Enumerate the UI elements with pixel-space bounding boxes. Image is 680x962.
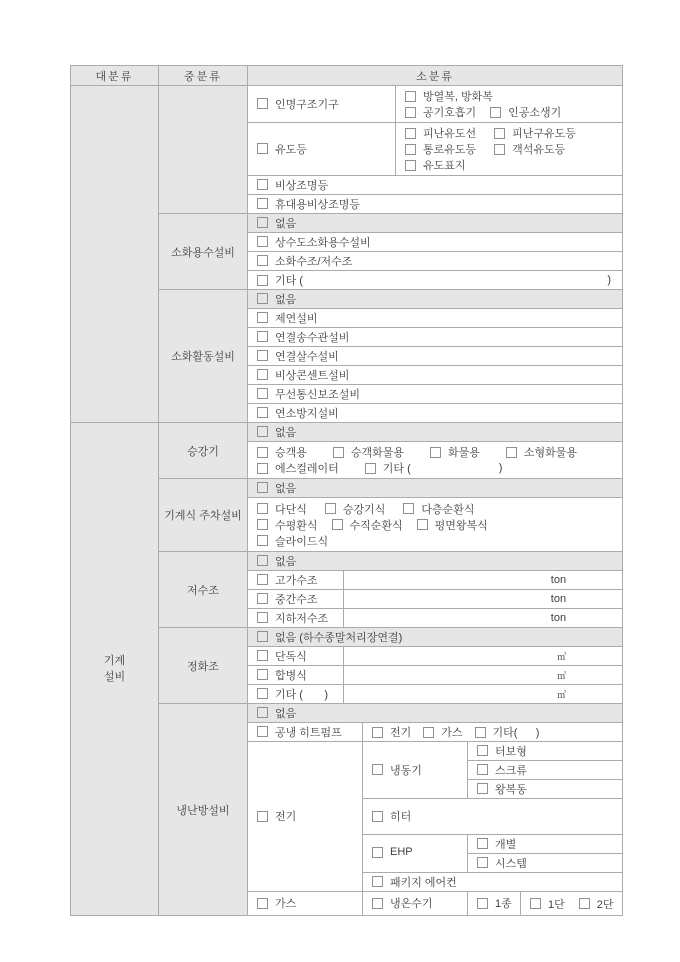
form-page: 대분류 중분류 소분류 인명구조기구 방열복, 방화복 공기호흡기 인공소생기 … [0,0,680,962]
option-label: 왕복동 [495,781,527,797]
capacity-field-ton[interactable]: ton [344,571,623,590]
option-none[interactable]: 없음 [257,553,296,569]
cell-sprinkler-connection: 연결살수설비 [248,347,623,366]
cell-fire-reservoir: 소화수조/저수조 [248,252,623,271]
checkbox-icon[interactable] [257,369,268,380]
option-seat-guide-light[interactable]: 객석유도등 [494,141,565,157]
header-middle-category: 중분류 [159,66,248,86]
checkbox-icon[interactable] [430,447,441,458]
cell-stage-options: 1단 2단 [521,892,623,916]
option-label: 전기 [390,724,411,740]
option-label: 2단 [597,896,614,912]
checkbox-icon[interactable] [405,144,416,155]
option-label: 가스 [275,895,296,911]
header-major-category: 대분류 [71,66,159,86]
option-portable-emergency-light[interactable]: 휴대용비상조명등 [257,196,360,212]
facility-classification-table: 대분류 중분류 소분류 인명구조기구 방열복, 방화복 공기호흡기 인공소생기 … [70,65,623,916]
option-line: 공기호흡기 인공소생기 [405,104,622,120]
option-screw-type[interactable]: 스크류 [477,762,527,778]
option-emergency-outlet[interactable]: 비상콘센트설비 [257,367,349,383]
cell-rescue-equipment: 인명구조기구 [248,86,396,123]
cell-gas: 가스 [248,892,363,916]
checkbox-icon[interactable] [423,727,434,738]
option-label: 스크류 [495,762,527,778]
option-label: 공냉 히트펌프 [275,724,342,740]
option-none[interactable]: 없음 [257,215,296,231]
option-line: 피난유도선 피난구유도등 [405,125,622,141]
checkbox-icon[interactable] [257,236,268,247]
cell-elevator-none: 없음 [248,423,623,442]
option-air-cooled-heat-pump[interactable]: 공냉 히트펌프 [257,724,342,740]
option-horizontal-circulation[interactable]: 수평환식 [257,517,318,533]
option-passenger[interactable]: 승객용 [257,444,307,460]
option-gas[interactable]: 가스 [257,895,296,911]
cell-emergency-light: 비상조명등 [248,176,623,195]
option-stage-1[interactable]: 1단 [530,896,565,912]
option-waterworks-equipment[interactable]: 상수도소화용수설비 [257,234,371,250]
checkbox-icon[interactable] [530,898,541,909]
option-evac-guide-line[interactable]: 피난유도선 [405,125,476,141]
etc-write-in: 기타 ( ) [257,272,622,288]
checkbox-icon[interactable] [257,503,268,514]
option-plane-shuttle[interactable]: 평면왕복식 [417,517,488,533]
option-connected-sprinkler[interactable]: 연결살수설비 [257,348,339,364]
option-label: 비상조명등 [275,177,328,193]
cell-water-pipe: 연결송수관설비 [248,328,623,347]
option-label: 고가수조 [275,572,318,588]
middle-category-cell-empty [159,86,248,214]
option-label: 유도등 [275,141,307,157]
middle-category-parking: 기계식 주차설비 [159,479,248,552]
checkbox-icon[interactable] [417,519,428,530]
checkbox-icon[interactable] [403,503,414,514]
checkbox-icon[interactable] [579,898,590,909]
checkbox-icon[interactable] [475,727,486,738]
option-freight[interactable]: 화물용 [430,444,480,460]
cell-parking-none: 없음 [248,479,623,498]
option-label: 비상콘센트설비 [275,367,349,383]
cell-waterworks: 상수도소화용수설비 [248,233,623,252]
option-label: 1종 [495,895,512,911]
option-heat-protective-suit[interactable]: 방열복, 방화복 [405,88,493,104]
checkbox-icon[interactable] [257,463,268,474]
middle-category-water-tank: 저수조 [159,552,248,628]
option-label: 지하저수조 [275,610,328,626]
checkbox-icon[interactable] [477,783,488,794]
table-header-row: 대분류 중분류 소분류 [71,66,623,86]
option-line: 통로유도등 객석유도등 [405,141,622,157]
option-none[interactable]: 없음 [257,480,296,496]
row-elevator-none: 기계 설비 승강기 없음 [71,423,623,442]
option-label: 없음 [275,705,296,721]
option-electric[interactable]: 전기 [257,808,296,824]
option-label: 유도표지 [423,157,466,173]
cell-guide-lights: 유도등 [248,123,396,176]
option-label: 화물용 [448,444,480,460]
major-category-cell-empty [71,86,159,423]
option-stage-2[interactable]: 2단 [579,896,614,912]
option-middle-tank[interactable]: 중간수조 [257,591,318,607]
option-label: 개별 [495,836,516,852]
capacity-field-m3[interactable]: ㎥ [344,647,623,666]
checkbox-icon[interactable] [257,293,268,304]
option-label: 없음 (하수종말처리장연결) [275,629,402,645]
checkbox-icon[interactable] [372,811,383,822]
option-label: 슬라이드식 [275,533,328,549]
option-etc[interactable]: 기타 ( [257,272,303,288]
option-ehp[interactable]: EHP [372,846,413,858]
cell-fire-activity-none: 없음 [248,290,623,309]
checkbox-icon[interactable] [372,764,383,775]
option-line: 유도표지 [405,157,622,173]
option-none[interactable]: 없음 [257,291,296,307]
option-label: 연소방지설비 [275,405,339,421]
option-label: 기타( ) [493,724,540,740]
option-etc[interactable]: 기타( ) [475,724,540,740]
checkbox-icon[interactable] [257,331,268,342]
option-label: 수평환식 [275,517,318,533]
checkbox-icon[interactable] [372,727,383,738]
option-label: 터보형 [495,743,527,759]
cell-tank-none: 없음 [248,552,623,571]
cell-elevator-options: 승객용 승객화물용 화물용 소형화물용 에스컬레이터 기타 () [248,442,623,479]
option-label: 객석유도등 [512,141,565,157]
option-line: 에스컬레이터 기타 () [257,460,622,476]
checkbox-icon[interactable] [257,350,268,361]
option-label: 기타 ( [383,460,411,476]
option-label: 없음 [275,553,296,569]
unit-label: ㎥ [557,690,566,700]
option-label: 없음 [275,424,296,440]
option-rescue-equipment[interactable]: 인명구조기구 [257,96,339,112]
option-etc[interactable]: 기타 () [365,460,503,476]
option-label: 소형화물용 [524,444,577,460]
option-class-1[interactable]: 1종 [477,895,512,911]
option-label: 냉온수기 [390,895,433,911]
option-label: 인명구조기구 [275,96,339,112]
option-label: 통로유도등 [423,141,476,157]
option-label: 공기호흡기 [423,104,476,120]
checkbox-icon[interactable] [405,107,416,118]
option-exit-guide-light[interactable]: 피난구유도등 [494,125,576,141]
option-single-type[interactable]: 단독식 [257,648,307,664]
option-label: 히터 [390,808,411,824]
checkbox-icon[interactable] [257,407,268,418]
unit-label: ㎥ [557,671,566,681]
header-minor-category: 소분류 [248,66,623,86]
unit-label: ton [551,612,566,624]
option-individual[interactable]: 개별 [477,836,516,852]
option-label: EHP [390,846,413,858]
cell-chiller-screw: 스크류 [468,761,623,780]
option-combustion-prevention[interactable]: 연소방지설비 [257,405,339,421]
option-label: 가스 [441,724,462,740]
option-label: 전기 [275,808,296,824]
option-line: 전기 가스 기타( ) [372,724,622,740]
middle-category-hvac: 냉난방설비 [159,704,248,916]
option-emergency-light[interactable]: 비상조명등 [257,177,328,193]
checkbox-icon[interactable] [257,555,268,566]
option-label: 승객화물용 [351,444,404,460]
checkbox-icon[interactable] [257,593,268,604]
option-elevated-tank[interactable]: 고가수조 [257,572,318,588]
checkbox-icon[interactable] [257,898,268,909]
cell-elevated-tank: 고가수조 [248,571,344,590]
option-label: 피난구유도등 [512,125,576,141]
option-chiller[interactable]: 냉동기 [372,762,422,778]
checkbox-icon[interactable] [325,503,336,514]
capacity-field-ton[interactable]: ton [344,609,623,628]
option-label: 수직순환식 [350,517,403,533]
checkbox-icon[interactable] [257,255,268,266]
cell-septic-single: 단독식 [248,647,344,666]
option-vertical-circulation[interactable]: 수직순환식 [332,517,403,533]
checkbox-icon[interactable] [257,650,268,661]
major-category-label: 기계 [71,653,158,669]
unit-label: ton [551,574,566,586]
cell-ehp-system: 시스템 [468,854,623,873]
option-etc[interactable]: 기타 ( ) [257,686,328,702]
checkbox-icon[interactable] [506,447,517,458]
unit-label: ㎥ [557,652,566,662]
option-passage-guide-light[interactable]: 통로유도등 [405,141,476,157]
option-label: 없음 [275,215,296,231]
major-category-label: 설비 [71,669,158,685]
cell-ehp-individual: 개별 [468,835,623,854]
cell-water-supply-none: 없음 [248,214,623,233]
checkbox-icon[interactable] [257,574,268,585]
checkbox-icon[interactable] [494,128,505,139]
cell-underground-tank: 지하저수조 [248,609,344,628]
option-electric[interactable]: 전기 [372,724,411,740]
cell-hvac-none: 없음 [248,704,623,723]
option-turbo-type[interactable]: 터보형 [477,743,527,759]
checkbox-icon[interactable] [372,898,383,909]
cell-portable-emergency-light: 휴대용비상조명등 [248,195,623,214]
option-label: 다층순환식 [421,501,474,517]
option-label: 소화수조/저수조 [275,253,352,269]
cell-heat-pump-energy: 전기 가스 기타( ) [363,723,623,742]
option-line: 승객용 승객화물용 화물용 소형화물용 [257,444,622,460]
checkbox-icon[interactable] [257,688,268,699]
row-rescue-equipment: 인명구조기구 방열복, 방화복 공기호흡기 인공소생기 [71,86,623,123]
checkbox-icon[interactable] [257,811,268,822]
option-line: 수평환식 수직순환식 평면왕복식 [257,517,622,533]
option-label: 기타 ( [275,272,303,288]
option-hot-cold-water-unit[interactable]: 냉온수기 [372,895,433,911]
cell-air-cooled-heat-pump: 공냉 히트펌프 [248,723,363,742]
checkbox-icon[interactable] [490,107,501,118]
option-none[interactable]: 없음 [257,424,296,440]
capacity-field-m3[interactable]: ㎥ [344,666,623,685]
cell-wireless-comm: 무선통신보조설비 [248,385,623,404]
option-heater[interactable]: 히터 [372,808,411,824]
option-label: 휴대용비상조명등 [275,196,360,212]
option-label: 연결송수관설비 [275,329,349,345]
option-label: 피난유도선 [423,125,476,141]
cell-electric-group: 전기 [248,742,363,892]
checkbox-icon[interactable] [257,143,268,154]
cell-class1: 1종 [468,892,521,916]
option-label: 합병식 [275,667,307,683]
option-label: 무선통신보조설비 [275,386,360,402]
middle-category-water-supply: 소화용수설비 [159,214,248,290]
unit-label: ton [551,593,566,605]
checkbox-icon[interactable] [332,519,343,530]
middle-category-septic-tank: 정화조 [159,628,248,704]
etc-close-paren: ) [499,462,503,474]
option-label: 방열복, 방화복 [423,88,493,104]
option-label: 기타 ( ) [275,686,328,702]
checkbox-icon[interactable] [257,726,268,737]
option-label: 패키지 에어컨 [390,874,457,890]
checkbox-icon[interactable] [405,128,416,139]
option-label: 없음 [275,480,296,496]
checkbox-icon[interactable] [257,482,268,493]
option-line: 1단 2단 [530,896,622,912]
option-system[interactable]: 시스템 [477,855,527,871]
option-label: 승객용 [275,444,307,460]
cell-combustion-prevention: 연소방지설비 [248,404,623,423]
option-small-freight[interactable]: 소형화물용 [506,444,577,460]
option-resuscitator[interactable]: 인공소생기 [490,104,561,120]
option-label: 승강기식 [343,501,386,517]
option-label: 단독식 [275,648,307,664]
option-label: 없음 [275,291,296,307]
checkbox-icon[interactable] [477,838,488,849]
checkbox-icon[interactable] [405,160,416,171]
checkbox-icon[interactable] [365,463,376,474]
cell-chiller-reciprocating: 왕복동 [468,780,623,799]
option-label: 중간수조 [275,591,318,607]
option-connected-water-pipe[interactable]: 연결송수관설비 [257,329,349,345]
checkbox-icon[interactable] [257,98,268,109]
option-line: 방열복, 방화복 [405,88,622,104]
option-fire-reservoir[interactable]: 소화수조/저수조 [257,253,352,269]
major-category-mechanical: 기계 설비 [71,423,159,916]
checkbox-icon[interactable] [372,847,383,858]
checkbox-icon[interactable] [257,217,268,228]
option-line: 슬라이드식 [257,533,622,549]
checkbox-icon[interactable] [477,745,488,756]
checkbox-icon[interactable] [257,669,268,680]
option-multi-level-circulation[interactable]: 다층순환식 [403,501,474,517]
checkbox-icon[interactable] [372,876,383,887]
option-escalator[interactable]: 에스컬레이터 [257,460,339,476]
option-label: 인공소생기 [508,104,561,120]
checkbox-icon[interactable] [477,898,488,909]
option-label: 제연설비 [275,310,318,326]
middle-category-elevator: 승강기 [159,423,248,479]
option-gas[interactable]: 가스 [423,724,462,740]
cell-ehp: EHP [363,835,468,873]
option-underground-tank[interactable]: 지하저수조 [257,610,328,626]
cell-heater: 히터 [363,799,623,835]
option-label: 연결살수설비 [275,348,339,364]
cell-emergency-outlet: 비상콘센트설비 [248,366,623,385]
checkbox-icon[interactable] [257,612,268,623]
cell-septic-combined: 합병식 [248,666,344,685]
checkbox-icon[interactable] [494,144,505,155]
checkbox-icon[interactable] [257,388,268,399]
option-none-sewage-connected[interactable]: 없음 (하수종말처리장연결) [257,629,402,645]
cell-water-supply-etc[interactable]: 기타 ( ) [248,271,623,290]
option-reciprocating-type[interactable]: 왕복동 [477,781,527,797]
cell-smoke-control: 제연설비 [248,309,623,328]
checkbox-icon[interactable] [257,179,268,190]
option-none[interactable]: 없음 [257,705,296,721]
cell-parking-options: 다단식 승강기식 다층순환식 수평환식 수직순환식 평면왕복식 슬라이드식 [248,498,623,552]
option-elevator-type[interactable]: 승강기식 [325,501,386,517]
cell-middle-tank: 중간수조 [248,590,344,609]
capacity-field-ton[interactable]: ton [344,590,623,609]
middle-category-fire-activity: 소화활동설비 [159,290,248,423]
checkbox-icon[interactable] [257,447,268,458]
option-line: 다단식 승강기식 다층순환식 [257,501,622,517]
option-guide-sign[interactable]: 유도표지 [405,157,466,173]
option-guide-lights[interactable]: 유도등 [257,141,307,157]
option-air-respirator[interactable]: 공기호흡기 [405,104,476,120]
checkbox-icon[interactable] [257,312,268,323]
option-label: 1단 [548,896,565,912]
option-wireless-comm-aux[interactable]: 무선통신보조설비 [257,386,360,402]
checkbox-icon[interactable] [257,519,268,530]
checkbox-icon[interactable] [333,447,344,458]
option-smoke-control[interactable]: 제연설비 [257,310,318,326]
option-passenger-freight[interactable]: 승객화물용 [333,444,404,460]
option-label: 시스템 [495,855,527,871]
option-multi-tier[interactable]: 다단식 [257,501,307,517]
option-label: 평면왕복식 [435,517,488,533]
cell-guide-sub-options: 피난유도선 피난구유도등 통로유도등 객석유도등 유도표지 [396,123,623,176]
checkbox-icon[interactable] [257,535,268,546]
option-label: 다단식 [275,501,307,517]
checkbox-icon[interactable] [257,426,268,437]
option-combined-type[interactable]: 합병식 [257,667,307,683]
cell-septic-none: 없음 (하수종말처리장연결) [248,628,623,647]
option-label: 에스컬레이터 [275,460,339,476]
option-slide-type[interactable]: 슬라이드식 [257,533,328,549]
checkbox-icon[interactable] [257,631,268,642]
checkbox-icon[interactable] [257,707,268,718]
checkbox-icon[interactable] [257,198,268,209]
option-package-aircon[interactable]: 패키지 에어컨 [372,874,457,890]
cell-septic-etc: 기타 ( ) [248,685,344,704]
cell-package-aircon: 패키지 에어컨 [363,873,623,892]
checkbox-icon[interactable] [257,275,268,286]
option-label: 상수도소화용수설비 [275,234,371,250]
cell-hot-cold-water-unit: 냉온수기 [363,892,468,916]
cell-chiller: 냉동기 [363,742,468,799]
etc-close-paren: ) [607,274,611,286]
checkbox-icon[interactable] [477,764,488,775]
cell-rescue-sub-options: 방열복, 방화복 공기호흡기 인공소생기 [396,86,623,123]
checkbox-icon[interactable] [477,857,488,868]
checkbox-icon[interactable] [405,91,416,102]
option-label: 냉동기 [390,762,422,778]
cell-chiller-turbo: 터보형 [468,742,623,761]
capacity-field-m3[interactable]: ㎥ [344,685,623,704]
